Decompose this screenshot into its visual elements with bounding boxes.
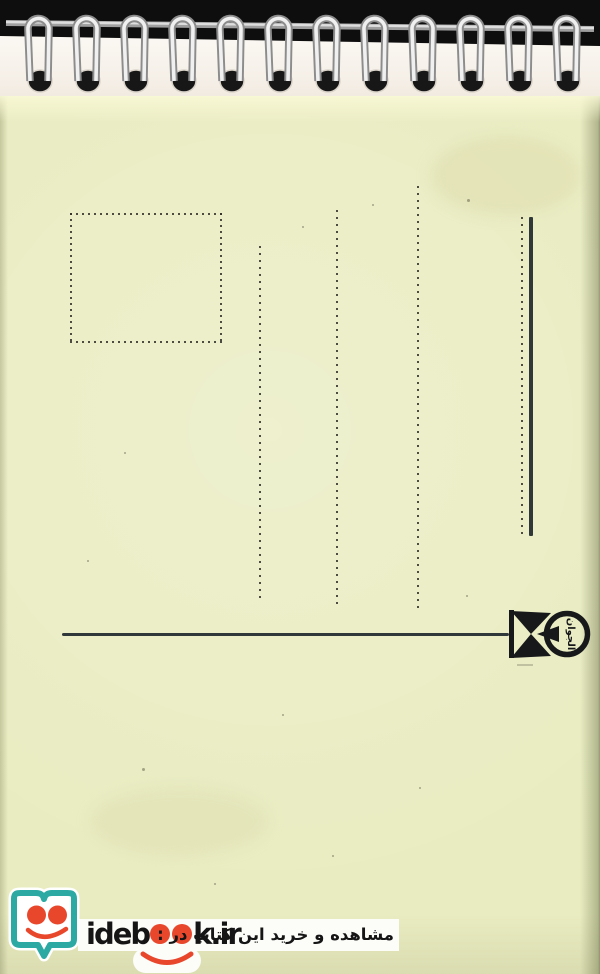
- paper-stain: [430, 136, 580, 216]
- paper-speck: [332, 855, 334, 857]
- stamp-box-edge: [220, 213, 222, 343]
- paper-speck: [214, 883, 216, 885]
- stamp-box: [70, 213, 222, 343]
- dotted-divider-2: [336, 210, 338, 608]
- paper-speck: [124, 452, 126, 454]
- paper-stain: [90, 786, 270, 856]
- horizontal-rule: [62, 633, 509, 636]
- paper-speck: [142, 768, 145, 771]
- paper-speck: [282, 714, 284, 716]
- photo-spiral-postcard-book: الجوان idebk.ir مشاهده و خرید این کتاب د…: [0, 0, 600, 974]
- dotted-divider-3: [417, 186, 419, 611]
- paper-speck: [372, 204, 374, 206]
- smile-arc: [143, 954, 191, 963]
- right-vertical-rule: [529, 217, 533, 536]
- watermark-smile: [133, 948, 201, 973]
- paper-speck: [419, 787, 421, 789]
- publisher-logo-caption-smudge: [517, 664, 533, 666]
- stamp-box-edge: [70, 341, 222, 343]
- paper-speck: [87, 560, 89, 562]
- stamp-box-edge: [70, 213, 72, 343]
- publisher-logo: الجوان: [503, 600, 600, 670]
- dotted-divider-4: [521, 217, 523, 536]
- book-outline: [14, 893, 74, 956]
- site-text-prefix: ideb: [86, 917, 149, 951]
- paper-speck: [302, 226, 304, 228]
- book-eye-left: [27, 906, 46, 925]
- idebook-logo: [4, 886, 88, 964]
- paper-speck: [467, 199, 470, 202]
- dotted-divider-1: [259, 246, 261, 603]
- stamp-box-edge: [70, 213, 222, 215]
- watermark-caption: مشاهده و خرید این کتاب در :: [240, 920, 394, 950]
- paper-speck: [466, 595, 468, 597]
- book-eye-right: [48, 906, 67, 925]
- publisher-logo-text: الجوان: [565, 618, 576, 651]
